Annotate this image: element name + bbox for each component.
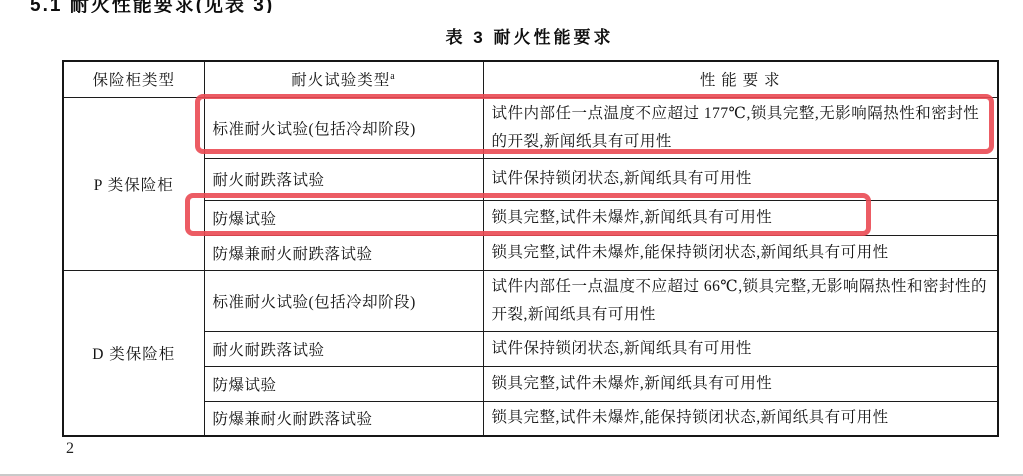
column-header-safe-type: 保险柜类型 — [63, 61, 204, 97]
table-row: 防爆试验 锁具完整,试件未爆炸,新闻纸具有可用性 — [63, 200, 998, 235]
test-type-cell: 标准耐火试验(包括冷却阶段) — [204, 97, 483, 158]
test-type-cell: 防爆兼耐火耐跌落试验 — [204, 401, 483, 436]
table-row: 防爆试验 锁具完整,试件未爆炸,新闻纸具有可用性 — [63, 366, 998, 401]
column-header-test-type-label: 耐火试验类型 — [291, 72, 390, 89]
fire-resistance-table: 保险柜类型 耐火试验类型a 性 能 要 求 P 类保险柜 标准耐火试验(包括冷却… — [62, 60, 999, 437]
table-row: P 类保险柜 标准耐火试验(包括冷却阶段) 试件内部任一点温度不应超过 177℃… — [63, 97, 998, 158]
table-row: 耐火耐跌落试验 试件保持锁闭状态,新闻纸具有可用性 — [63, 331, 998, 366]
table-row: 防爆兼耐火耐跌落试验 锁具完整,试件未爆炸,能保持锁闭状态,新闻纸具有可用性 — [63, 401, 998, 436]
column-header-performance: 性 能 要 求 — [483, 61, 998, 97]
requirement-cell: 试件保持锁闭状态,新闻纸具有可用性 — [483, 158, 998, 200]
test-type-cell: 耐火耐跌落试验 — [204, 331, 483, 366]
column-header-test-type: 耐火试验类型a — [204, 61, 483, 97]
requirement-cell: 锁具完整,试件未爆炸,能保持锁闭状态,新闻纸具有可用性 — [483, 401, 998, 436]
document-page: 5.1 耐火性能要求(见表 3) 表 3 耐火性能要求 保险柜类型 耐火试验类型… — [0, 0, 1023, 476]
requirement-cell: 试件内部任一点温度不应超过 66℃,锁具完整,无影响隔热性和密封性的开裂,新闻纸… — [483, 270, 998, 331]
table-caption: 表 3 耐火性能要求 — [62, 23, 997, 48]
test-type-cell: 耐火耐跌落试验 — [204, 158, 483, 200]
table-row: 耐火耐跌落试验 试件保持锁闭状态,新闻纸具有可用性 — [63, 158, 998, 200]
section-heading: 5.1 耐火性能要求(见表 3) — [30, 0, 590, 13]
table-row: 防爆兼耐火耐跌落试验 锁具完整,试件未爆炸,能保持锁闭状态,新闻纸具有可用性 — [63, 235, 998, 270]
requirement-cell: 试件内部任一点温度不应超过 177℃,锁具完整,无影响隔热性和密封性的开裂,新闻… — [483, 97, 998, 158]
test-type-cell: 标准耐火试验(包括冷却阶段) — [204, 270, 483, 331]
footnote-marker-a: a — [390, 71, 395, 82]
requirement-cell: 锁具完整,试件未爆炸,新闻纸具有可用性 — [483, 366, 998, 401]
section-heading-clip: 5.1 耐火性能要求(见表 3) — [30, 0, 590, 13]
table-row: D 类保险柜 标准耐火试验(包括冷却阶段) 试件内部任一点温度不应超过 66℃,… — [63, 270, 998, 331]
test-type-cell: 防爆试验 — [204, 200, 483, 235]
requirement-cell: 锁具完整,试件未爆炸,能保持锁闭状态,新闻纸具有可用性 — [483, 235, 998, 270]
safe-type-cell-d: D 类保险柜 — [63, 270, 204, 436]
requirement-cell: 锁具完整,试件未爆炸,新闻纸具有可用性 — [483, 200, 998, 235]
requirement-cell: 试件保持锁闭状态,新闻纸具有可用性 — [483, 331, 998, 366]
table-header-row: 保险柜类型 耐火试验类型a 性 能 要 求 — [63, 61, 998, 97]
page-number: 2 — [66, 440, 74, 458]
safe-type-cell-p: P 类保险柜 — [63, 97, 204, 270]
test-type-cell: 防爆试验 — [204, 366, 483, 401]
test-type-cell: 防爆兼耐火耐跌落试验 — [204, 235, 483, 270]
